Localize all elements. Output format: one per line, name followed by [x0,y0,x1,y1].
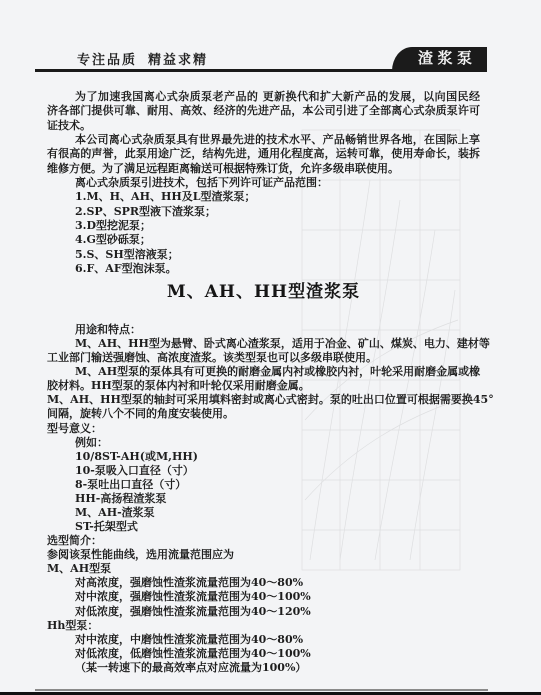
model-example-code: 10/8ST-AH(或M,HH) [47,450,480,464]
liner-line: 胶材料。HH型泵的泵体内衬和叶轮仅采用耐磨金属。 [47,379,480,393]
seal-line: 间隔，旋转八个不同的角度安装使用。 [47,407,480,421]
license-list-item: 5.S、SH型溶液泵； [47,248,480,262]
intro-paragraph-1-line: 济各部门提供可靠、耐用、高效、经济的先进产品，本公司引进了全部离心式杂质泵许可 [47,104,480,118]
usage-heading: 用途和特点： [47,323,480,337]
intro-section: 为了加速我国离心式杂质泵老产品的 更新换代和扩大新产品的发展，以向国民经 济各部… [47,90,480,276]
pump-type-label: M、AH型泵 [47,562,480,576]
intro-paragraph-2-line: 维修方便。为了满足远程距离输送可根据特殊订货，允许多级串联使用。 [47,162,480,176]
flow-range-item: 对低浓度，强磨蚀性渣浆流量范围为40～120% [47,605,480,619]
usage-line: M、AH、HH型为悬臂、卧式离心渣浆泵，适用于冶金、矿山、煤炭、电力、建材等 [47,337,480,351]
model-meaning-heading: 型号意义： [47,422,480,436]
flow-range-note: （某一转速下的最高效率点对应流量为100%） [47,661,480,675]
model-code-explanation: M、AH-渣浆泵 [47,506,480,520]
model-code-explanation: 8-泵吐出口直径（寸） [47,478,480,492]
footer-rule [35,689,488,691]
flow-range-item: 对中浓度，强磨蚀性渣浆流量范围为40～100% [47,590,480,604]
selection-heading: 选型简介： [47,534,480,548]
model-code-explanation: ST-托架型式 [47,520,480,534]
license-scope-heading: 离心式杂质泵引进技术，包括下列许可证产品范围： [47,176,480,190]
model-example-label: 例如： [47,436,480,450]
header-slogan: 专注品质精益求精 [77,53,208,69]
intro-paragraph-2-line: 有很高的声誉，此泵用途广泛，结构先进，通用化程度高，运转可靠，使用寿命长，装拆 [47,147,480,161]
license-list-item: 6.F、AF型泡沫泵。 [47,262,480,276]
flow-range-item: 对中浓度，中磨蚀性渣浆流量范围为40～80% [47,633,480,647]
intro-paragraph-1-line: 证技术。 [47,119,480,133]
section-tab-label: 渣浆泵 [418,47,477,70]
license-list-item: 4.G型砂砾泵； [47,233,480,247]
intro-paragraph-2-line: 本公司离心式杂质泵具有世界最先进的技术水平、产品畅销世界各地，在国际上享 [47,133,480,147]
flow-range-item: 对低浓度，低磨蚀性渣浆流量范围为40～100% [47,647,480,661]
intro-paragraph-1-line: 为了加速我国离心式杂质泵老产品的 更新换代和扩大新产品的发展，以向国民经 [47,90,480,104]
usage-line: 工业部门输送强磨蚀、高浓度渣浆。该类型泵也可以多级串联使用。 [47,351,480,365]
selection-intro: 参阅该泵性能曲线，选用流量范围应为 [47,548,480,562]
model-code-explanation: 10-泵吸入口直径（寸） [47,464,480,478]
seal-line: M、AH、HH型泵的轴封可采用填料密封或离心式密封。泵的吐出口位置可根据需要换4… [47,393,480,407]
section-title: M、AH、HH型渣浆泵 [47,283,480,301]
license-list-item: 3.D型挖泥泵； [47,219,480,233]
liner-line: M、AH型泵的泵体具有可更换的耐磨金属内衬或橡胶内衬，叶轮采用耐磨金属或橡 [47,365,480,379]
license-list-item: 1.M、H、AH、HH及L型渣浆泵； [47,190,480,204]
model-code-explanation: HH-高扬程渣浆泵 [47,492,480,506]
slogan-part-1: 专注品质 [77,53,137,68]
section-tab: 渣浆泵 [392,47,487,71]
flow-range-item: 对高浓度，强磨蚀性渣浆流量范围为40～80% [47,576,480,590]
pump-type-label: Hh型泵： [47,619,480,633]
license-list-item: 2.SP、SPR型液下渣浆泵； [47,205,480,219]
section-body: 用途和特点： M、AH、HH型为悬臂、卧式离心渣浆泵，适用于冶金、矿山、煤炭、电… [47,323,480,675]
slogan-part-2: 精益求精 [148,53,208,68]
